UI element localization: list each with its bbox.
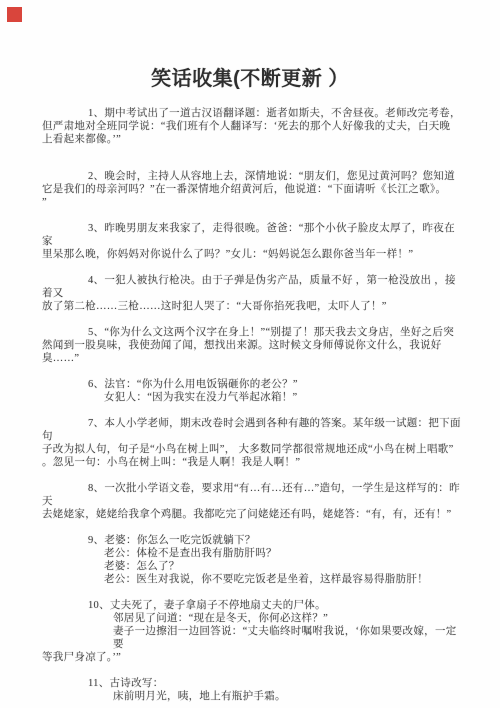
joke-line: 但严肃地对全班同学说：“我们班有个人翻译写：‘死去的那个人好像我的丈夫，白天晚 <box>42 120 462 133</box>
joke-line: 7、本人小学老师，期末改卷时会遇到各种有趣的答案。某年级一试题：把下面句 <box>42 417 462 443</box>
joke-line: 9、老婆：你怎么一吃完饭就躺下？ <box>42 534 462 547</box>
joke-item-10: 10、丈夫死了，妻子拿扇子不停地扇丈夫的尸体。邻居见了问道：“现在是冬天，你何必… <box>42 599 462 664</box>
joke-line: 臭……” <box>42 352 462 365</box>
joke-line: 10、丈夫死了，妻子拿扇子不停地扇丈夫的尸体。 <box>42 599 462 612</box>
joke-line: 女犯人：“因为我实在没力气举起冰箱！” <box>104 391 462 404</box>
joke-item-9: 9、老婆：你怎么一吃完饭就躺下？老公：体检不是查出我有脂肪肝吗？老婆：怎么了？老… <box>42 534 462 586</box>
joke-line: 5、“你为什么文这两个汉字在身上！”“别提了！那天我去文身店，坐好之后突 <box>42 326 462 339</box>
joke-line: 上看起来都像。’” <box>42 133 462 146</box>
joke-line: 1、期中考试出了一道古汉语翻译题：逝者如斯夫，不舍昼夜。老师改完考卷， <box>42 107 462 120</box>
joke-line: 妻子一边擦泪一边回答说：“丈夫临终时嘱咐我说，‘你如果要改嫁，一定要 <box>113 625 462 651</box>
joke-line: 2、晚会时，主持人从容地上去，深情地说：“朋友们，您见过黄河吗？您知道 <box>42 170 462 183</box>
joke-line: 老公：医生对我说，你不要吃完饭老是坐着，这样最容易得脂肪肝！ <box>104 573 462 586</box>
joke-item-7: 7、本人小学老师，期末改卷时会遇到各种有趣的答案。某年级一试题：把下面句子改为拟… <box>42 417 462 469</box>
joke-line: 放了第二枪……三枪……这时犯人哭了：“大哥你掐死我吧，太吓人了！” <box>42 300 462 313</box>
joke-line: 子改为拟人句，句子是“小鸟在树上叫”， 大多数同学都很常规地还成“小鸟在树上唱歌… <box>42 443 462 456</box>
joke-item-3: 3、昨晚男朋友来我家了，走得很晚。爸爸：“那个小伙子脸皮太厚了，昨夜在家里呆那么… <box>42 222 462 261</box>
joke-line: 8、一次批小学语文卷，要求用“有…有…还有…”造句，一学生是这样写的：昨天 <box>42 482 462 508</box>
joke-item-6: 6、法官：“你为什么用电饭锅砸你的老公？”女犯人：“因为我实在没力气举起冰箱！” <box>42 378 462 404</box>
joke-line: 它是我们的母亲河吗？”在一番深情地介绍黄河后，他说道：“下面请听《长江之歌》。 <box>42 183 462 196</box>
joke-line: 6、法官：“你为什么用电饭锅砸你的老公？” <box>42 378 462 391</box>
joke-item-8: 8、一次批小学语文卷，要求用“有…有…还有…”造句，一学生是这样写的：昨天去姥姥… <box>42 482 462 521</box>
joke-line: ” <box>42 196 462 209</box>
joke-item-11: 11、古诗改写：床前明月光，咦，地上有瓶护手霜。 <box>42 677 462 703</box>
joke-line: 3、昨晚男朋友来我家了，走得很晚。爸爸：“那个小伙子脸皮太厚了，昨夜在家 <box>42 222 462 248</box>
jokes-list: 1、期中考试出了一道古汉语翻译题：逝者如斯夫，不舍昼夜。老师改完考卷，但严肃地对… <box>0 91 500 703</box>
joke-line: 11、古诗改写： <box>42 677 462 690</box>
joke-item-2: 2、晚会时，主持人从容地上去，深情地说：“朋友们，您见过黄河吗？您知道它是我们的… <box>42 170 462 209</box>
joke-line: 去姥姥家，姥姥给我拿个鸡腿。我都吃完了问姥姥还有吗，姥姥答：“有，有，还有！” <box>42 508 462 521</box>
document-page: 笑话收集(不断更新 ） 1、期中考试出了一道古汉语翻译题：逝者如斯夫，不舍昼夜。… <box>0 0 500 708</box>
joke-line: 床前明月光，咦，地上有瓶护手霜。 <box>113 690 462 703</box>
joke-line: 。忽见一句：小鸟在树上叫：“我是人啊！我是人啊！” <box>42 456 462 469</box>
joke-item-5: 5、“你为什么文这两个汉字在身上！”“别提了！那天我去文身店，坐好之后突然闻到一… <box>42 326 462 365</box>
joke-line: 老婆：怎么了？ <box>104 560 462 573</box>
joke-line: 邻居见了问道：“现在是冬天，你何必这样？” <box>113 612 462 625</box>
joke-item-1: 1、期中考试出了一道古汉语翻译题：逝者如斯夫，不舍昼夜。老师改完考卷，但严肃地对… <box>42 107 462 146</box>
joke-line: 然闻到一股臭味，我使劲闻了闻，想找出来源。这时候文身师傅说你文什么，我说好 <box>42 339 462 352</box>
joke-line: 老公：体检不是查出我有脂肪肝吗？ <box>104 547 462 560</box>
joke-line: 4、一犯人被执行枪决。由于子弹是伪劣产品，质量不好 ，第一枪没放出 ，接着又 <box>42 274 462 300</box>
document-title: 笑话收集(不断更新 ） <box>0 0 500 91</box>
joke-line: 里呆那么晚，你妈妈对你说什么了吗？”女儿：“妈妈说怎么跟你爸当年一样！” <box>42 248 462 261</box>
joke-item-4: 4、一犯人被执行枪决。由于子弹是伪劣产品，质量不好 ，第一枪没放出 ，接着又放了… <box>42 274 462 313</box>
joke-line: 等我尸身凉了。’” <box>42 651 462 664</box>
corner-marker <box>7 7 22 22</box>
